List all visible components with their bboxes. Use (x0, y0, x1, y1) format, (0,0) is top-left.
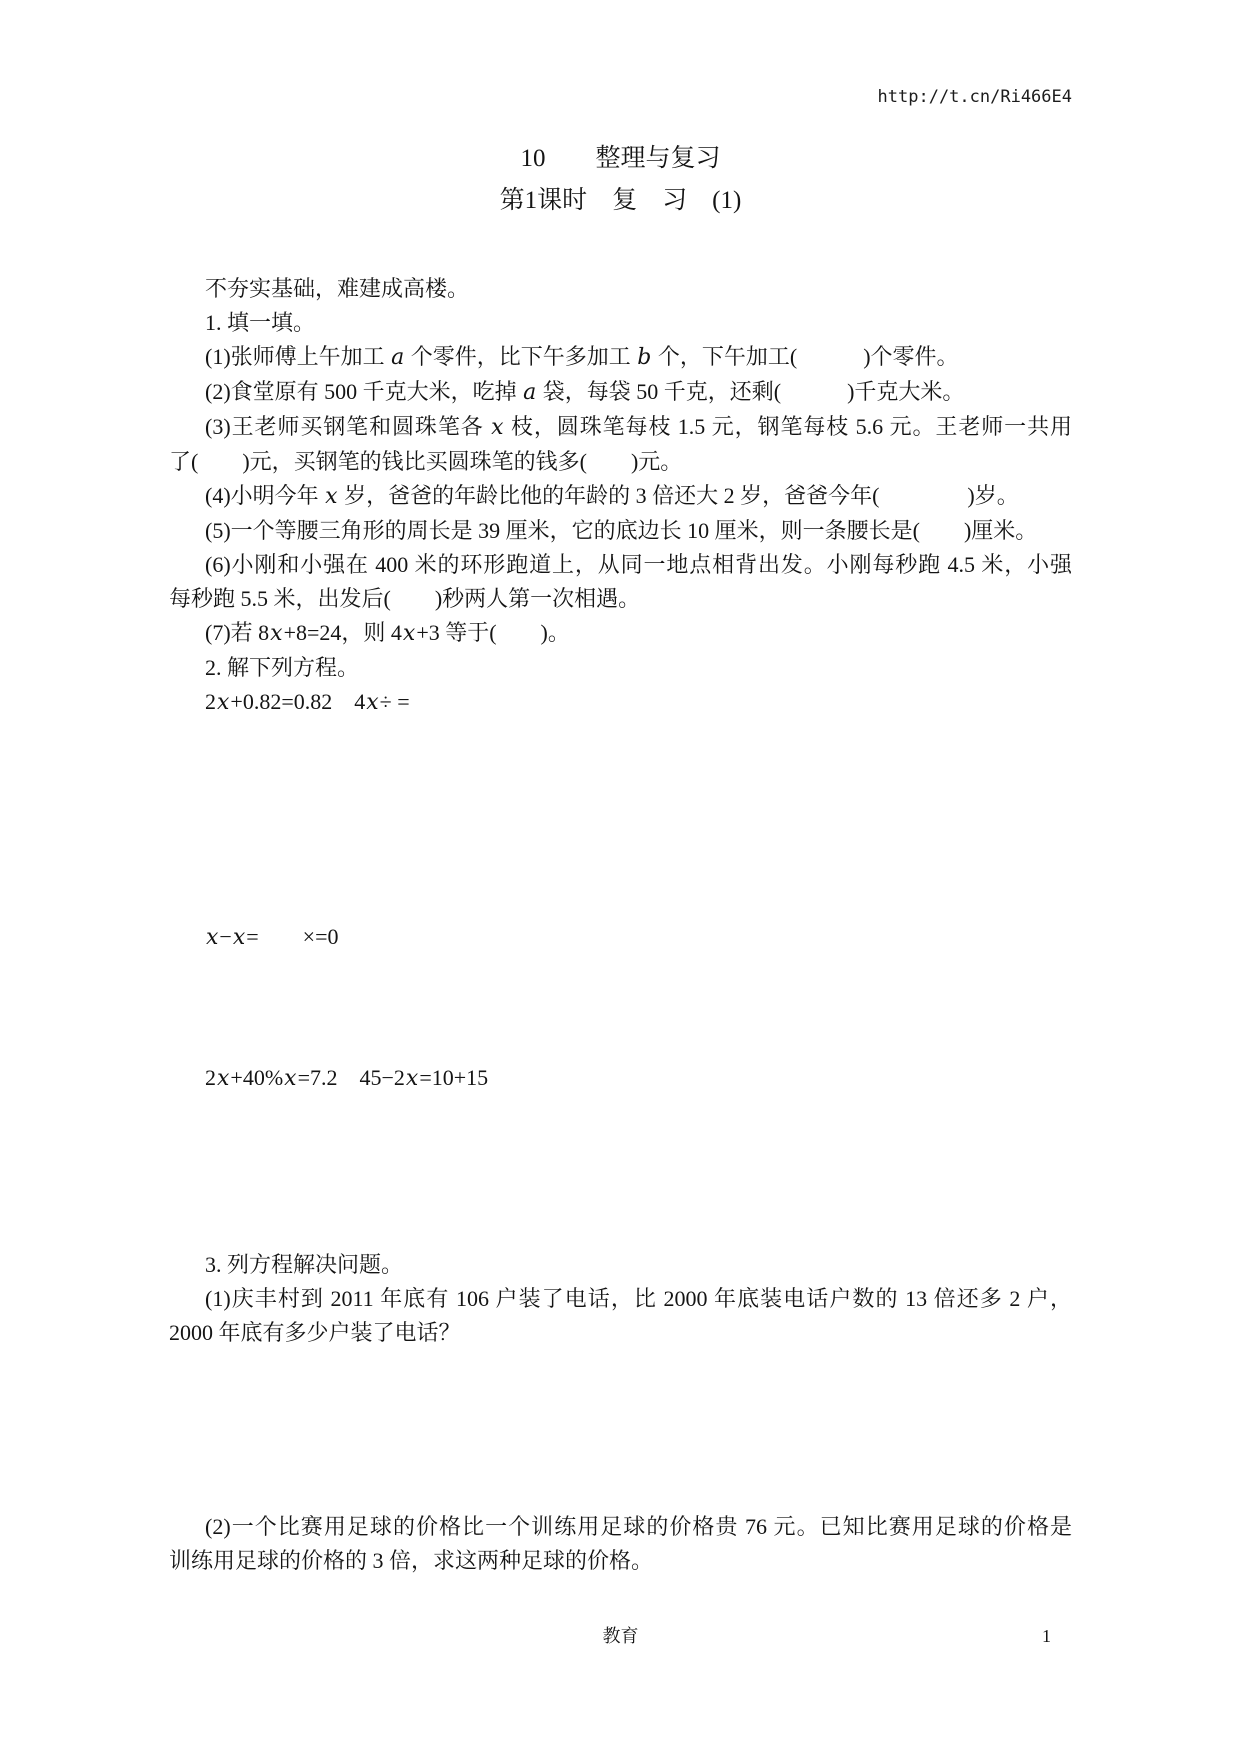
text-segment: 1. 填一填。 (205, 310, 315, 335)
math-variable: x (324, 484, 338, 509)
text-segment: = ×=0 (246, 924, 338, 949)
text-line: (7)若 8x+8=24，则 4x+3 等于( )。 (169, 616, 1072, 651)
text-line: 了( )元，买钢笔的钱比买圆珠笔的钱多( )元。 (169, 445, 1072, 479)
text-line: (5)一个等腰三角形的周长是 39 厘米，它的底边长 10 厘米，则一条腰长是(… (169, 514, 1072, 548)
text-segment: 了( )元，买钢笔的钱比买圆珠笔的钱多( )元。 (169, 449, 682, 474)
text-line: 2. 解下列方程。 (169, 651, 1072, 685)
header-url: http://t.cn/Ri466E4 (169, 0, 1072, 108)
text-segment: (1)张师傅上午加工 (205, 344, 390, 369)
page-subtitle: 第1课时 复 习 (1) (169, 186, 1072, 216)
text-segment: 2. 解下列方程。 (205, 655, 359, 680)
math-variable: b (636, 345, 652, 370)
text-line: (4)小明今年 x 岁，爸爸的年龄比他的年龄的 3 倍还大 2 岁，爸爸今年( … (169, 479, 1072, 514)
text-line: 1. 填一填。 (169, 306, 1072, 340)
worksheet-page: { "header": { "url": "http://t.cn/Ri466E… (0, 0, 1241, 1754)
page-number: 1 (1042, 1624, 1051, 1648)
text-segment: (7)若 8 (205, 620, 269, 645)
text-line: (3)王老师买钢笔和圆珠笔各 x 枝，圆珠笔每枝 1.5 元，钢笔每枝 5.6 … (169, 410, 1072, 445)
text-line: 训练用足球的价格的 3 倍，求这两种足球的价格。 (169, 1544, 1072, 1578)
math-variable: x (232, 925, 246, 950)
body-lines: 不夯实基础，难建成高楼。1. 填一填。(1)张师傅上午加工 a 个零件，比下午多… (169, 272, 1072, 1578)
math-variable: a (522, 380, 537, 405)
text-segment: =7.2 45−2 (298, 1065, 405, 1090)
math-variable: a (390, 345, 405, 370)
math-variable: x (269, 621, 283, 646)
text-line: 不夯实基础，难建成高楼。 (169, 272, 1072, 306)
text-segment: +40% (230, 1065, 283, 1090)
text-segment: (1)庆丰村到 2011 年底有 106 户装了电话，比 2000 年底装电话户… (205, 1286, 1072, 1311)
text-segment: (2)食堂原有 500 千克大米，吃掉 (205, 379, 522, 404)
text-line: (2)一个比赛用足球的价格比一个训练用足球的价格贵 76 元。已知比赛用足球的价… (169, 1510, 1072, 1544)
footer-label: 教育 (0, 1624, 1241, 1648)
text-line: (6)小刚和小强在 400 米的环形跑道上，从同一地点相背出发。小刚每秒跑 4.… (169, 548, 1072, 582)
text-segment: 不夯实基础，难建成高楼。 (205, 276, 469, 301)
text-segment: 袋，每袋 50 千克，还剩( )千克大米。 (537, 379, 964, 404)
text-segment: 个，下午加工( )个零件。 (652, 344, 958, 369)
text-segment: 每秒跑 5.5 米，出发后( )秒两人第一次相遇。 (169, 586, 640, 611)
text-segment: ÷ = (380, 689, 410, 714)
text-segment: +0.82=0.82 4 (230, 689, 365, 714)
text-segment: − (219, 924, 231, 949)
text-segment: 枝，圆珠笔每枝 1.5 元，钢笔每枝 5.6 元。王老师一共用 (505, 414, 1072, 439)
text-line: 2x+40%x=7.2 45−2x=10+15 (169, 1061, 1072, 1096)
math-variable: x (405, 1066, 419, 1091)
math-variable: x (216, 1066, 230, 1091)
text-segment: +3 等于( )。 (416, 620, 570, 645)
text-line: 3. 列方程解决问题。 (169, 1248, 1072, 1282)
text-line: (1)庆丰村到 2011 年底有 106 户装了电话，比 2000 年底装电话户… (169, 1282, 1072, 1316)
text-segment: 2 (205, 1065, 216, 1090)
text-segment: (3)王老师买钢笔和圆珠笔各 (205, 414, 490, 439)
text-segment: 3. 列方程解决问题。 (205, 1252, 403, 1277)
text-line: 2000 年底有多少户装了电话？ (169, 1316, 1072, 1350)
text-segment: (6)小刚和小强在 400 米的环形跑道上，从同一地点相背出发。小刚每秒跑 4.… (205, 552, 1072, 577)
text-line: x−x= ×=0 (169, 920, 1072, 955)
text-line: (1)张师傅上午加工 a 个零件，比下午多加工 b 个，下午加工( )个零件。 (169, 340, 1072, 375)
text-line: (2)食堂原有 500 千克大米，吃掉 a 袋，每袋 50 千克，还剩( )千克… (169, 375, 1072, 410)
math-variable: x (365, 690, 379, 715)
math-variable: x (216, 690, 230, 715)
text-segment: 2 (205, 689, 216, 714)
math-variable: x (490, 415, 504, 440)
math-variable: x (402, 621, 416, 646)
text-segment: +8=24，则 4 (284, 620, 402, 645)
text-segment: 个零件，比下午多加工 (405, 344, 636, 369)
text-segment: 岁，爸爸的年龄比他的年龄的 3 倍还大 2 岁，爸爸今年( )岁。 (339, 483, 1019, 508)
text-line: 每秒跑 5.5 米，出发后( )秒两人第一次相遇。 (169, 582, 1072, 616)
math-variable: x (283, 1066, 297, 1091)
text-segment: (5)一个等腰三角形的周长是 39 厘米，它的底边长 10 厘米，则一条腰长是(… (205, 518, 1037, 543)
text-segment: 2000 年底有多少户装了电话？ (169, 1320, 461, 1345)
math-variable: x (205, 925, 219, 950)
text-line: 2x+0.82=0.82 4x÷ = (169, 685, 1072, 720)
page-title: 10 整理与复习 (169, 144, 1072, 174)
page-content: http://t.cn/Ri466E4 10 整理与复习 第1课时 复 习 (1… (169, 0, 1072, 1578)
text-segment: (4)小明今年 (205, 483, 324, 508)
text-segment: 训练用足球的价格的 3 倍，求这两种足球的价格。 (169, 1548, 653, 1573)
text-segment: (2)一个比赛用足球的价格比一个训练用足球的价格贵 76 元。已知比赛用足球的价… (205, 1514, 1072, 1539)
text-segment: =10+15 (419, 1065, 488, 1090)
